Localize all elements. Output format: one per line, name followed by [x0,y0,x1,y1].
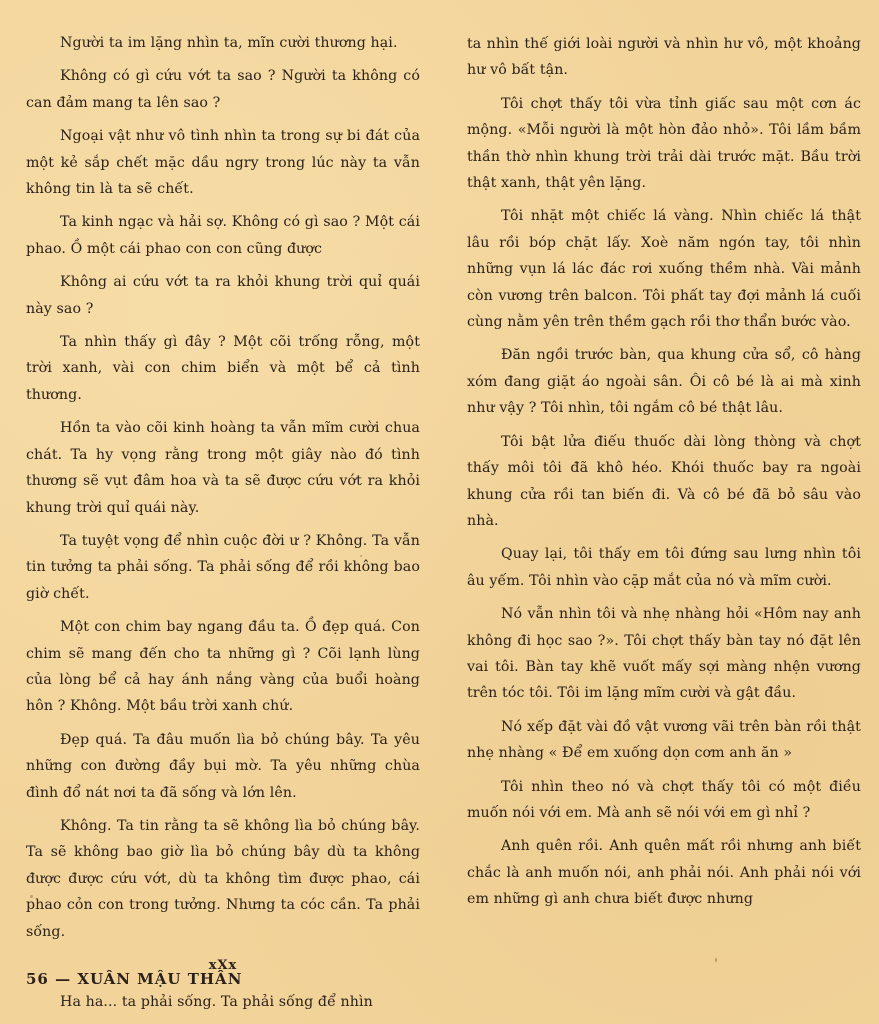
paper-speck [30,895,33,898]
paper-speck [290,880,292,882]
footer-dash: — [55,970,71,988]
paragraph: Quay lại, tôi thấy em tôi đứng sau lưng … [467,541,861,594]
paragraph: Không ai cứu vớt ta ra khỏi khung trời q… [26,269,420,322]
paragraph: Tôi chợt thấy tôi vừa tỉnh giấc sau một … [467,91,861,197]
paper-speck [28,905,30,907]
publication-title: XUÂN MẬU THÂN [77,970,242,988]
page-number: 56 [26,970,49,988]
paragraph: Tôi nhìn theo nó và chợt thấy tôi có một… [467,774,861,827]
paragraph: Đẹp quá. Ta đâu muốn lìa bỏ chúng bây. T… [26,727,420,806]
paper-speck [360,555,362,557]
paragraph: Một con chim bay ngang đầu ta. Ồ đẹp quá… [26,614,420,720]
paragraph: Nó vẫn nhìn tôi và nhẹ nhàng hỏi «Hôm na… [467,601,861,707]
right-column: ta nhìn thế giới loài người và nhìn hư v… [467,31,861,920]
paragraph: Tôi nhặt một chiếc lá vàng. Nhìn chiếc l… [467,203,861,335]
paragraph-continued: ta nhìn thế giới loài người và nhìn hư v… [467,31,861,84]
paragraph: Hồn ta vào cõi kinh hoàng ta vẫn mĩm cườ… [26,415,420,521]
left-column: Người ta im lặng nhìn ta, mĩn cười thươn… [26,30,420,1023]
paragraph: Anh quên rồi. Anh quên mất rồi nhưng anh… [467,833,861,912]
paragraph: Ta nhìn thấy gì đây ? Một cõi trống rỗng… [26,329,420,408]
paragraph: Không có gì cứu vớt ta sao ? Người ta kh… [26,63,420,116]
paragraph: Người ta im lặng nhìn ta, mĩn cười thươn… [26,30,420,56]
paragraph: Tôi bật lửa điếu thuốc dài lòng thòng và… [467,429,861,535]
paragraph: Đăn ngồi trước bàn, qua khung cửa sổ, cô… [467,342,861,421]
paragraph: Không. Ta tin rằng ta sẽ không lìa bỏ ch… [26,813,420,945]
closing-paragraph: Ha ha... ta phải sống. Ta phải sống để n… [26,989,420,1015]
paper-speck [715,958,717,962]
paragraph: Ta tuyệt vọng để nhìn cuộc đời ư ? Không… [26,528,420,607]
page-footer: 56 — XUÂN MẬU THÂN [26,970,242,988]
paragraph: Nó xếp đặt vài đồ vật vương vãi trên bàn… [467,714,861,767]
paragraph: Ngoại vật như vô tình nhìn ta trong sự b… [26,123,420,202]
paragraph: Ta kinh ngạc và hải sợ. Không có gì sao … [26,209,420,262]
magazine-page: Người ta im lặng nhìn ta, mĩn cười thươn… [0,0,879,1024]
